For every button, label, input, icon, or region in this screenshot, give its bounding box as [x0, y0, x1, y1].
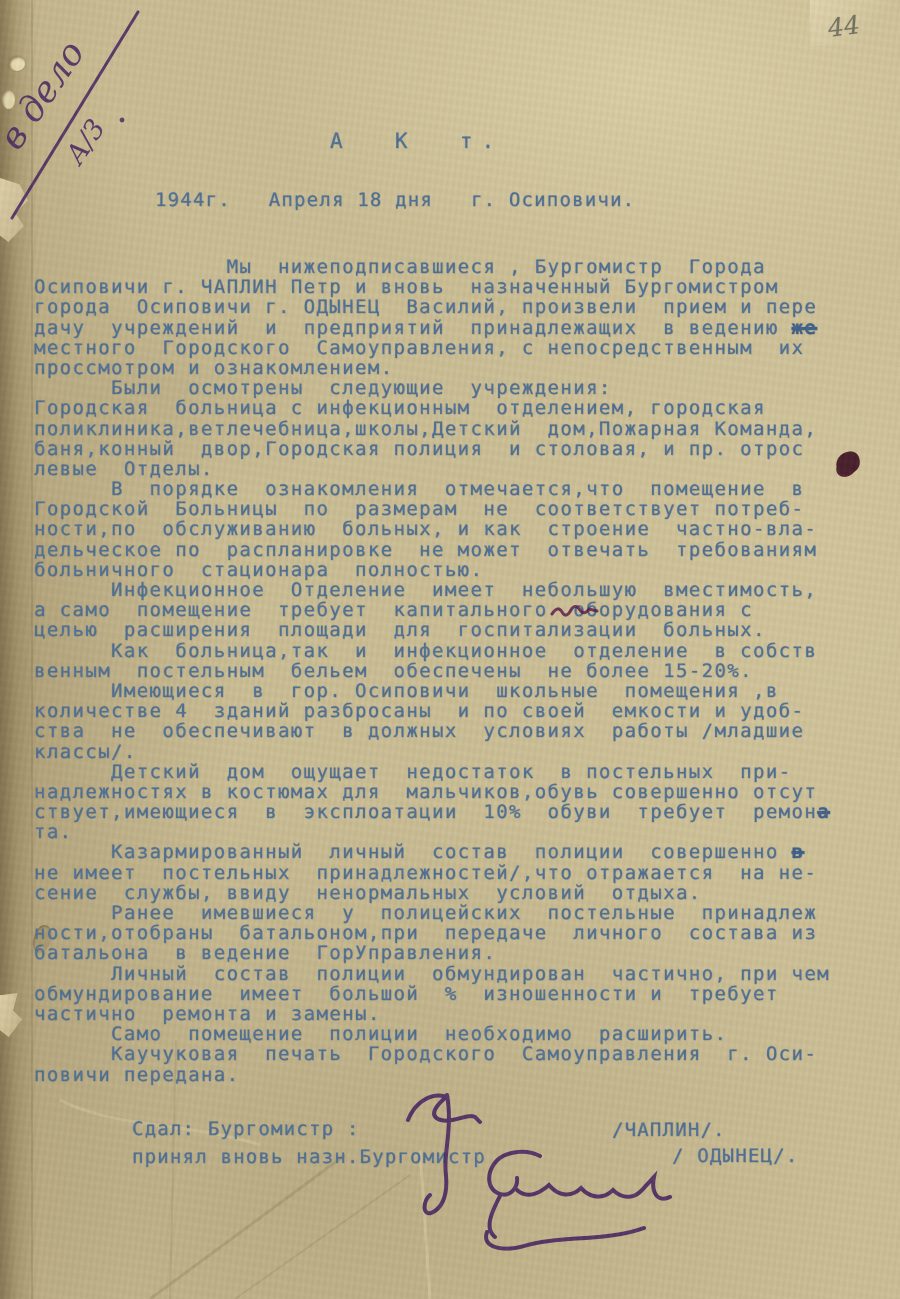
typewritten-line: города Осиповичи г. ОДЫНЕЦ Василий, прои…: [34, 297, 870, 317]
typewritten-line: сение службы, ввиду ненормальных условий…: [34, 883, 870, 903]
handed-over-label: Сдал: Бургомистр :: [132, 1118, 360, 1140]
typewritten-line: классы/.: [34, 742, 870, 762]
paper-tear: [0, 178, 28, 242]
typewritten-line: Имеющиеся в гор. Осиповичи школьные поме…: [34, 681, 870, 701]
typewritten-line: а само помещение требует капитального об…: [34, 600, 870, 620]
typewritten-line: батальона в ведение ГорУправления.: [34, 943, 870, 963]
typewritten-line: Инфекционное Отделение имеет небольшую в…: [34, 580, 870, 600]
document-body: Мы нижеподписавшиеся , Бургомистр Города…: [34, 257, 870, 1085]
typewritten-line: количестве 4 зданий разбросаны и по свое…: [34, 701, 870, 721]
received-label: принял вновь назн.Бургомистр: [132, 1146, 486, 1168]
typewritten-line: поликлиника,ветлечебница,школы,Детский д…: [34, 419, 870, 439]
typewritten-line: дельческое по распланировке не может отв…: [34, 540, 870, 560]
typewritten-line: Осиповичи г. ЧАПЛИН Петр и вновь назначе…: [34, 277, 870, 297]
typewritten-line: Ранее имевшиеся у полицейских постельные…: [34, 903, 870, 923]
typewritten-line: проссмотром и ознакомлением.: [34, 358, 870, 378]
typewritten-line: та.: [34, 822, 870, 842]
struck-out-text: а: [817, 801, 830, 823]
vertical-crease: [31, 0, 33, 1299]
paper-hole: [2, 90, 15, 109]
pencil-page-number: 44: [826, 10, 861, 43]
typewritten-line: ства не обеспечивают в должных условиях …: [34, 721, 870, 741]
typewritten-line: Городской Больницы по размерам не соотве…: [34, 499, 870, 519]
filing-note-ref: А/3: [59, 114, 112, 172]
typewritten-line: обмундирование имеет большой % изношенно…: [34, 984, 870, 1004]
typewritten-line: больничного стационара полностью.: [34, 560, 870, 580]
typewritten-line: местного Городского Самоуправления, с не…: [34, 338, 870, 358]
typewritten-line: частично ремонта и замены.: [34, 1004, 870, 1024]
typewritten-line: Городская больница с инфекционным отделе…: [34, 398, 870, 418]
typewritten-line: ности,по обслуживанию больных, и как стр…: [34, 519, 870, 539]
document-page: в дело А/3 44 А К т. 1944г. Апреля 18 дн…: [0, 0, 900, 1299]
typewritten-line: Само помещение полиции необходимо расшир…: [34, 1024, 870, 1044]
odynets-name: / ОДЫНЕЦ/.: [672, 1145, 798, 1167]
typewritten-line: дачу учреждений и предприятий принадлежа…: [34, 318, 870, 338]
typewritten-line: Каучуковая печать Городского Самоуправле…: [34, 1044, 870, 1064]
typewritten-line: целью расширения площади для госпитализа…: [34, 620, 870, 640]
paper-hole: [9, 56, 25, 71]
typewritten-line: Были осмотрены следующие учреждения:: [34, 378, 870, 398]
typewritten-line: Мы нижеподписавшиеся , Бургомистр Города: [34, 257, 870, 277]
typewritten-line: баня,конный двор,Городская полиция и сто…: [34, 439, 870, 459]
typewritten-line: венным постельным бельем обеспечены не б…: [34, 661, 870, 681]
document-title: А К т.: [330, 129, 503, 153]
typewritten-line: Детский дом ощущает недостаток в постель…: [34, 762, 870, 782]
struck-out-text: в: [792, 841, 805, 863]
struck-out-text: же: [792, 317, 818, 339]
typewritten-line: Казармированный личный состав полиции со…: [34, 842, 870, 862]
typewritten-line: Как больница,так и инфекционное отделени…: [34, 641, 870, 661]
typewritten-line: В порядке ознакомления отмечается,что по…: [34, 479, 870, 499]
typewritten-line: ности,отобраны батальоном,при передаче л…: [34, 923, 870, 943]
typewritten-line: повичи передана.: [34, 1065, 870, 1085]
typewritten-line: не имеет постельных принадлежностей/,что…: [34, 863, 870, 883]
typewritten-line: ствует,имеющиеся в эксплоатации 10% обув…: [34, 802, 870, 822]
paper-tear: [0, 993, 22, 1037]
document-dateline: 1944г. Апреля 18 дня г. Осиповичи.: [155, 189, 635, 211]
typewritten-line: Личный состав полиции обмундирован части…: [34, 964, 870, 984]
typewritten-line: надлежностях в костюмах для мальчиков,об…: [34, 782, 870, 802]
typewritten-line: левые Отделы.: [34, 459, 870, 479]
chaplin-name: /ЧАПЛИН/.: [612, 1119, 726, 1141]
